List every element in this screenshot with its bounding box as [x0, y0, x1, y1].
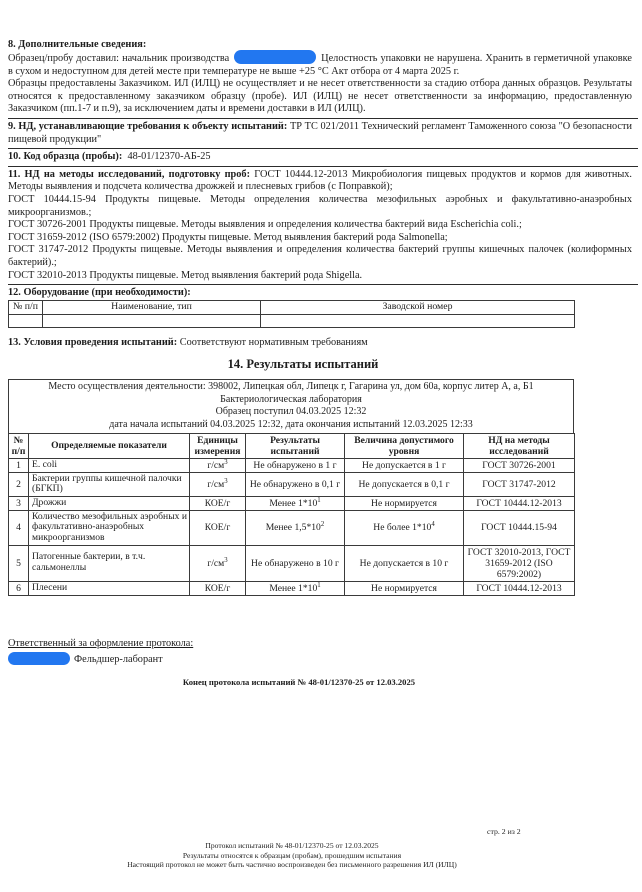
- section-divider: [8, 166, 638, 167]
- section-divider: [8, 148, 638, 149]
- results-row-1: 1 E. coli г/см3 Не обнаружено в 1 г Не д…: [9, 458, 575, 472]
- section-11: 11. НД на методы исследований, подготовк…: [8, 169, 632, 282]
- unit-cell: г/см3: [190, 472, 246, 496]
- result-sup: 1: [317, 497, 320, 504]
- redaction-pill: [234, 50, 316, 64]
- footer-protocol-line: Протокол испытаний № 48-01/12370-25 от 1…: [0, 841, 584, 851]
- protocol-end-line: Конец протокола испытаний № 48-01/12370-…: [8, 677, 590, 687]
- sample-delivered-text: Образец/пробу доставил: начальник произв…: [8, 53, 229, 64]
- protocol-page: 8. Дополнительные сведения: Образец/проб…: [0, 0, 642, 687]
- section-14-heading: 14. Результаты испытаний: [8, 357, 598, 372]
- results-col-num: № п/п: [9, 433, 29, 458]
- limit-text: Не допускается в 0,1 г: [358, 479, 449, 490]
- lab-name-line: Бактериологическая лаборатория: [13, 394, 569, 407]
- unit-text: КОЕ/г: [205, 498, 231, 509]
- row-num: 4: [9, 510, 29, 545]
- limit-cell: Не допускается в 1 г: [345, 458, 464, 472]
- test-dates-line: дата начала испытаний 04.03.2025 12:32, …: [13, 419, 569, 432]
- signature-row: Фельдшер-лаборант: [8, 652, 632, 665]
- gost-entry: ГОСТ 31659-2012 (ISO 6579:2002) Продукты…: [8, 232, 632, 245]
- unit-sup: 3: [224, 477, 227, 484]
- section-13-heading: 13. Условия проведения испытаний:: [8, 337, 177, 348]
- results-row-3: 3 Дрожжи КОЕ/г Менее 1*101 Не нормируетс…: [9, 496, 575, 510]
- unit-text: КОЕ/г: [205, 583, 231, 594]
- results-row-5: 5 Патогенные бактерии, в т.ч. сальмонелл…: [9, 545, 575, 581]
- section-8: 8. Дополнительные сведения: Образец/проб…: [8, 39, 632, 116]
- row-num: 1: [9, 458, 29, 472]
- row-num: 2: [9, 472, 29, 496]
- nd-cell: ГОСТ 30726-2001: [464, 458, 575, 472]
- footer-copy-line: Настоящий протокол не может быть частичн…: [0, 860, 584, 870]
- empty-cell: [43, 314, 261, 327]
- gost-entry: ГОСТ 32010-2013 Продукты пищевые. Метод …: [8, 270, 632, 283]
- signature-block: Ответственный за оформление протокола: Ф…: [8, 638, 632, 665]
- section-8-paragraph-2: Образцы предоставлены Заказчиком. ИЛ (ИЛ…: [8, 78, 632, 116]
- unit-text: г/см: [207, 558, 224, 569]
- activity-address-line: Место осуществления деятельности: 398002…: [13, 381, 569, 394]
- unit-cell: КОЕ/г: [190, 496, 246, 510]
- indicator-cell: Плесени: [29, 581, 190, 595]
- result-text: Менее 1*10: [269, 583, 317, 594]
- page-footer: Протокол испытаний № 48-01/12370-25 от 1…: [0, 841, 584, 870]
- unit-text: г/см: [207, 479, 224, 490]
- nd-cell: ГОСТ 10444.12-2013: [464, 581, 575, 595]
- result-cell: Не обнаружено в 0,1 г: [246, 472, 345, 496]
- limit-cell: Не допускается в 10 г: [345, 545, 464, 581]
- unit-sup: 3: [224, 458, 227, 465]
- footer-results-line: Результаты относятся к образцам (пробам)…: [0, 851, 584, 861]
- row-num: 6: [9, 581, 29, 595]
- unit-cell: КОЕ/г: [190, 581, 246, 595]
- results-table: № п/п Определяемые показатели Единицы из…: [8, 433, 575, 596]
- indicator-cell: Количество мезофильных аэробных и факуль…: [29, 510, 190, 545]
- unit-cell: г/см3: [190, 545, 246, 581]
- nd-cell: ГОСТ 31747-2012: [464, 472, 575, 496]
- limit-text: Не нормируется: [371, 498, 437, 509]
- empty-cell: [261, 314, 575, 327]
- results-col-nd: НД на методы исследований: [464, 433, 575, 458]
- results-row-2: 2 Бактерии группы кишечной палочки (БГКП…: [9, 472, 575, 496]
- lab-info-box: Место осуществления деятельности: 398002…: [8, 379, 574, 432]
- results-row-6: 6 Плесени КОЕ/г Менее 1*101 Не нормирует…: [9, 581, 575, 595]
- signer-role: Фельдшер-лаборант: [74, 654, 163, 665]
- equipment-table-header-row: № п/п Наименование, тип Заводской номер: [9, 301, 575, 315]
- results-col-indicator: Определяемые показатели: [29, 433, 190, 458]
- indicator-cell: Дрожжи: [29, 496, 190, 510]
- limit-cell: Не допускается в 0,1 г: [345, 472, 464, 496]
- redaction-pill: [8, 652, 70, 665]
- row-num: 5: [9, 545, 29, 581]
- empty-cell: [9, 314, 43, 327]
- row-num: 3: [9, 496, 29, 510]
- nd-cell: ГОСТ 10444.15-94: [464, 510, 575, 545]
- result-cell: Менее 1*101: [246, 496, 345, 510]
- results-row-4: 4 Количество мезофильных аэробных и факу…: [9, 510, 575, 545]
- unit-sup: 3: [224, 556, 227, 563]
- limit-text: Не допускается в 10 г: [360, 558, 449, 569]
- result-sup: 2: [321, 521, 324, 528]
- sample-received-line: Образец поступил 04.03.2025 12:32: [13, 406, 569, 419]
- nd-cell: ГОСТ 10444.12-2013: [464, 496, 575, 510]
- limit-text: Не более 1*10: [373, 522, 431, 533]
- section-12-heading: 12. Оборудование (при необходимости):: [8, 287, 632, 298]
- unit-cell: КОЕ/г: [190, 510, 246, 545]
- unit-cell: г/см3: [190, 458, 246, 472]
- section-11-heading: 11. НД на методы исследований, подготовк…: [8, 169, 250, 180]
- section-9: 9. НД, устанавливающие требования к объе…: [8, 121, 632, 146]
- results-col-limit: Величина допустимого уровня: [345, 433, 464, 458]
- equipment-col-num: № п/п: [9, 301, 43, 315]
- result-text: Не обнаружено в 1 г: [253, 460, 336, 471]
- limit-text: Не нормируется: [371, 583, 437, 594]
- test-conditions-text: Соответствуют нормативным требованиям: [180, 337, 368, 348]
- equipment-table: № п/п Наименование, тип Заводской номер: [8, 300, 575, 328]
- result-text: Не обнаружено в 10 г: [251, 558, 339, 569]
- limit-text: Не допускается в 1 г: [362, 460, 446, 471]
- indicator-cell: E. coli: [29, 458, 190, 472]
- gost-entry: ГОСТ 10444.15-94 Продукты пищевые. Метод…: [8, 194, 632, 219]
- unit-text: КОЕ/г: [205, 522, 231, 533]
- gost-entry: ГОСТ 30726-2001 Продукты пищевые. Методы…: [8, 219, 632, 232]
- indicator-cell: Бактерии группы кишечной палочки (БГКП): [29, 472, 190, 496]
- results-table-header-row: № п/п Определяемые показатели Единицы из…: [9, 433, 575, 458]
- page-number: стр. 2 из 2: [487, 827, 521, 836]
- equipment-col-serial: Заводской номер: [261, 301, 575, 315]
- section-10-heading: 10. Код образца (пробы):: [8, 151, 122, 162]
- section-12: 12. Оборудование (при необходимости): № …: [8, 287, 632, 328]
- section-10: 10. Код образца (пробы): 48-01/12370-АБ-…: [8, 151, 632, 164]
- sample-code-value: 48-01/12370-АБ-25: [127, 151, 210, 162]
- limit-cell: Не нормируется: [345, 581, 464, 595]
- result-cell: Не обнаружено в 10 г: [246, 545, 345, 581]
- result-cell: Менее 1,5*102: [246, 510, 345, 545]
- results-col-result: Результаты испытаний: [246, 433, 345, 458]
- indicator-cell: Патогенные бактерии, в т.ч. сальмонеллы: [29, 545, 190, 581]
- section-divider: [8, 118, 638, 119]
- limit-sup: 4: [431, 521, 434, 528]
- equipment-col-name: Наименование, тип: [43, 301, 261, 315]
- result-cell: Менее 1*101: [246, 581, 345, 595]
- result-cell: Не обнаружено в 1 г: [246, 458, 345, 472]
- result-text: Менее 1*10: [269, 498, 317, 509]
- limit-cell: Не более 1*104: [345, 510, 464, 545]
- section-9-heading: 9. НД, устанавливающие требования к объе…: [8, 121, 287, 132]
- section-11-intro: 11. НД на методы исследований, подготовк…: [8, 169, 632, 194]
- result-sup: 1: [317, 581, 320, 588]
- limit-cell: Не нормируется: [345, 496, 464, 510]
- section-13: 13. Условия проведения испытаний: Соотве…: [8, 337, 632, 350]
- equipment-empty-row: [9, 314, 575, 327]
- section-8-heading: 8. Дополнительные сведения:: [8, 39, 632, 50]
- unit-text: г/см: [207, 460, 224, 471]
- section-8-paragraph-1: Образец/пробу доставил: начальник произв…: [8, 50, 632, 78]
- responsible-label: Ответственный за оформление протокола:: [8, 638, 632, 649]
- result-text: Не обнаружено в 0,1 г: [250, 479, 340, 490]
- nd-cell: ГОСТ 32010-2013, ГОСТ 31659-2012 (ISO 65…: [464, 545, 575, 581]
- result-text: Менее 1,5*10: [266, 522, 321, 533]
- section-divider: [8, 284, 638, 285]
- gost-entry: ГОСТ 31747-2012 Продукты пищевые. Методы…: [8, 244, 632, 269]
- results-col-unit: Единицы измерения: [190, 433, 246, 458]
